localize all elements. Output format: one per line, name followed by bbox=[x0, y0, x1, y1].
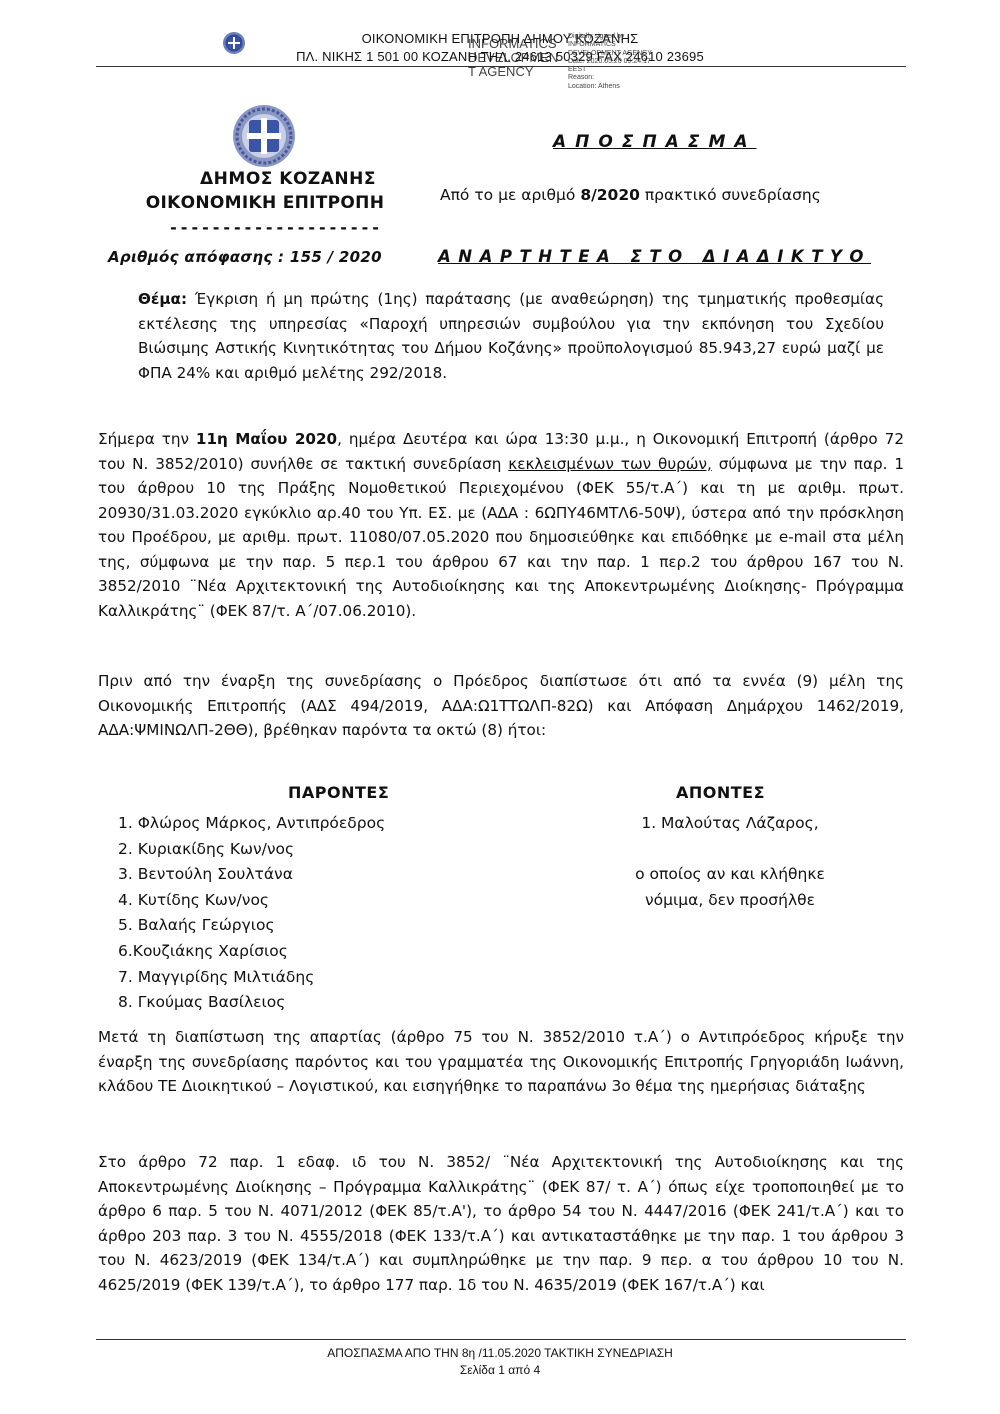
footer-divider bbox=[96, 1339, 906, 1340]
digital-signature-details: Digitally signed by INFORMATICS DEVELOPM… bbox=[568, 33, 652, 91]
list-item: 7. Μαγγιρίδης Μιλτιάδης bbox=[118, 965, 385, 991]
absent-note: νόμιμα, δεν προσήλθε bbox=[580, 888, 880, 914]
list-item: 5. Βαλαής Γεώργιος bbox=[118, 913, 385, 939]
present-members-list: 1. Φλώρος Μάρκος, Αντιπρόεδρος 2. Κυριακ… bbox=[118, 811, 385, 1016]
list-item: 1. Μαλούτας Λάζαρος, bbox=[580, 811, 880, 837]
present-header: ΠΑΡΟΝΤΕΣ bbox=[288, 783, 389, 802]
list-item: 6.Κουζιάκης Χαρίσιος bbox=[118, 939, 385, 965]
meeting-paragraph: Σήμερα την 11η Μαΐου 2020, ημέρα Δευτέρα… bbox=[98, 427, 904, 623]
list-item: 1. Φλώρος Μάρκος, Αντιπρόεδρος bbox=[118, 811, 385, 837]
page-number: Σελίδα 1 από 4 bbox=[0, 1363, 1000, 1377]
legal-basis-paragraph: Στο άρθρο 72 παρ. 1 εδαφ. ιδ του Ν. 3852… bbox=[98, 1150, 904, 1297]
post-online-notice: ΑΝΑΡΤΗΤΕΑ ΣΤΟ ΔΙΑΔΙΚΤΥΟ bbox=[438, 247, 871, 266]
list-item: 3. Βεντούλη Σουλτάνα bbox=[118, 862, 385, 888]
absent-note: ο οποίος αν και κλήθηκε bbox=[580, 862, 880, 888]
minutes-reference: Από το με αριθμό 8/2020 πρακτικό συνεδρί… bbox=[440, 186, 821, 204]
list-item: 2. Κυριακίδης Κων/νος bbox=[118, 837, 385, 863]
municipality-name: ΔΗΜΟΣ ΚΟΖΑΝΗΣ bbox=[148, 169, 428, 189]
quorum-paragraph: Πριν από την έναρξη της συνεδρίασης ο Πρ… bbox=[98, 669, 904, 743]
footer-title: ΑΠΟΣΠΑΣΜΑ ΑΠΟ ΤΗΝ 8η /11.05.2020 ΤΑΚΤΙΚΗ… bbox=[0, 1346, 1000, 1360]
org-divider-dashes: -------------------- bbox=[150, 218, 400, 237]
digital-signature-signer: INFORMATICS DEVELOPMEN T AGENCY bbox=[468, 37, 558, 79]
opening-paragraph: Μετά τη διαπίστωση της απαρτίας (άρθρο 7… bbox=[98, 1025, 904, 1099]
committee-name: ΟΙΚΟΝΟΜΙΚΗ ΕΠΙΤΡΟΠΗ bbox=[120, 193, 410, 213]
decision-number: Αριθμός απόφασης : 155 / 2020 bbox=[108, 248, 382, 266]
list-item: 4. Κυτίδης Κων/νος bbox=[118, 888, 385, 914]
greek-emblem-icon bbox=[232, 104, 296, 168]
subject-paragraph: Θέμα: Έγκριση ή μη πρώτης (1ης) παράταση… bbox=[138, 287, 884, 385]
absent-members-list: 1. Μαλούτας Λάζαρος, ο οποίος αν και κλή… bbox=[580, 811, 880, 913]
document-title: ΑΠΟΣΠΑΣΜΑ bbox=[553, 132, 757, 152]
absent-header: ΑΠΟΝΤΕΣ bbox=[676, 783, 765, 802]
list-item: 8. Γκούμας Βασίλειος bbox=[118, 990, 385, 1016]
